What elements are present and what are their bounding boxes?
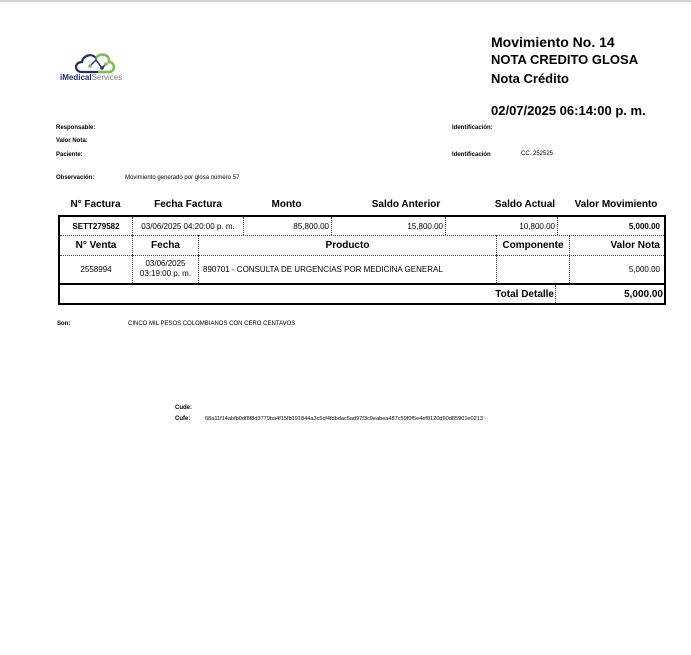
valor-nota-label: Valor Nota:	[56, 138, 88, 144]
total-detalle-label: Total Detalle	[458, 285, 556, 303]
componente-value	[497, 255, 570, 283]
brand-bold: iMedical	[60, 73, 92, 82]
factura-monto: 85,800.00	[244, 217, 332, 235]
observacion-label: Observación:	[56, 175, 94, 181]
col-header-factura: N° Factura	[58, 199, 133, 210]
col-header-fecha: Fecha	[133, 235, 199, 255]
son-label: Son:	[57, 321, 70, 327]
col-header-saldo-actual: Saldo Actual	[482, 199, 568, 210]
viewer-top-border	[0, 0, 691, 2]
col-header-monto: Monto	[243, 199, 330, 210]
col-header-saldo-anterior: Saldo Anterior	[330, 199, 482, 210]
brand-light: Services	[92, 73, 123, 82]
identificacion-value-2: CC. 252525	[521, 151, 553, 157]
venta-date: 03/06/2025 03:19:00 p. m.	[133, 255, 199, 283]
col-header-valor-nota: Valor Nota	[570, 235, 664, 255]
observacion-value: Movimiento generado por glosa número 57	[125, 175, 239, 181]
producto-description: 890701 - CONSULTA DE URGENCIAS POR MEDIC…	[199, 255, 497, 283]
col-header-producto: Producto	[199, 235, 497, 255]
col-header-venta: N° Venta	[60, 235, 133, 255]
cufe-label: Cufe:	[175, 416, 190, 422]
responsable-label: Responsable:	[56, 125, 95, 131]
col-header-componente: Componente	[497, 235, 570, 255]
total-detalle-value: 5,000.00	[556, 285, 664, 303]
factura-valor-movimiento: 5,000.00	[558, 217, 664, 235]
col-header-valor-movimiento: Valor Movimiento	[568, 199, 664, 210]
document-date: 02/07/2025 06:14:00 p. m.	[491, 103, 646, 118]
cude-label: Cude:	[175, 405, 192, 411]
col-header-fecha-factura: Fecha Factura	[133, 199, 243, 210]
venta-date-line2: 03:19:00 p. m.	[140, 269, 191, 279]
identificacion-label-1: Identificación:	[452, 125, 493, 131]
son-value: CINCO MIL PESOS COLOMBIANOS CON CERO CEN…	[128, 321, 295, 327]
valor-nota-amount: 5,000.00	[570, 255, 664, 283]
cufe-value: 68a11f14abfb0df8f8d3779ba4f15fb191844a3c…	[205, 416, 483, 422]
document-subtype: Nota Crédito	[491, 71, 569, 86]
identificacion-label-2: Identificación	[452, 152, 491, 158]
movimiento-number: Movimiento No. 14	[491, 34, 615, 50]
venta-date-line1: 03/06/2025	[145, 259, 185, 269]
document-type: NOTA CREDITO GLOSA	[491, 52, 638, 67]
brand-name: iMedicalServices	[60, 73, 122, 82]
factura-saldo-actual: 10,800.00	[446, 217, 558, 235]
movimiento-table: SETT279582 03/06/2025 04:20:00 p. m. 85,…	[58, 215, 666, 305]
factura-number: SETT279582	[60, 217, 133, 235]
venta-number: 2558994	[60, 255, 133, 283]
factura-saldo-anterior: 15,800.00	[332, 217, 446, 235]
paciente-label: Paciente:	[56, 152, 83, 158]
factura-date: 03/06/2025 04:20:00 p. m.	[133, 217, 244, 235]
